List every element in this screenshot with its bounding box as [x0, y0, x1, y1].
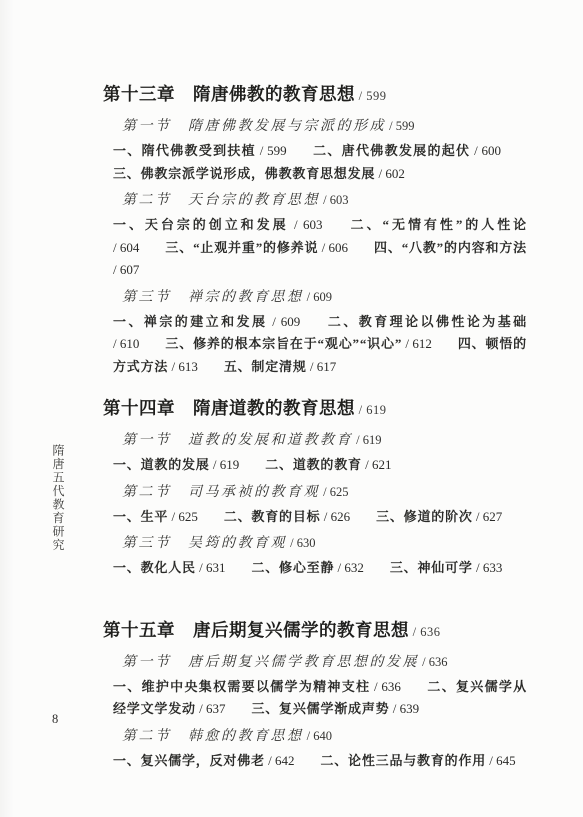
toc-entry: 一、天台宗的创立和发展 / 603: [113, 217, 322, 232]
page-separator: /: [196, 560, 206, 575]
page-ref-number: 610: [120, 336, 140, 351]
chapter-title-text: 第十四章 隋唐道教的教育思想: [103, 398, 355, 418]
page-ref: / 636: [419, 655, 447, 669]
section-title-text: 第三节 禅宗的教育思想: [122, 290, 304, 305]
chapter-title-text: 第十三章 隋唐佛教的教育思想: [103, 84, 355, 104]
chapter-title: 第十四章 隋唐道教的教育思想 / 619: [103, 398, 527, 421]
page-ref: / 606: [318, 240, 348, 255]
entry-label: 三、修道的阶次: [376, 509, 473, 524]
page-separator: /: [402, 336, 412, 351]
page-ref-number: 640: [313, 729, 332, 743]
page-separator: /: [353, 433, 363, 447]
section-title-text: 第二节 天台宗的教育思想: [122, 193, 320, 208]
toc-entry: 二、论性三品与教育的作用 / 645: [320, 753, 515, 768]
page-separator: /: [473, 560, 483, 575]
page-ref: / 642: [265, 753, 295, 768]
page-ref-number: 613: [178, 359, 198, 374]
page-ref-number: 619: [220, 457, 240, 472]
section-items: 一、禅宗的建立和发展 / 609二、教育理论以佛性论为基础 / 610三、修养的…: [103, 311, 527, 379]
page-ref: / 639: [389, 701, 419, 716]
page-ref-number: 630: [297, 536, 316, 550]
page-ref-number: 612: [412, 336, 432, 351]
page-ref: / 604: [113, 240, 139, 255]
entry-label: 三、复兴儒学渐成声势: [251, 701, 389, 716]
toc-entry: 二、道教的教育 / 621: [265, 457, 391, 472]
page-separator: /: [355, 403, 366, 417]
section-title: 第三节 禅宗的教育思想 / 609: [103, 288, 527, 307]
page-ref-number: 636: [381, 679, 401, 694]
book-page: 隋唐五代教育研究 8 第十三章 隋唐佛教的教育思想 / 599第一节 隋唐佛教发…: [0, 0, 583, 817]
section-title: 第一节 隋唐佛教发展与宗派的形成 / 599: [103, 117, 527, 136]
page-separator: /: [113, 262, 120, 277]
page-separator: /: [470, 143, 481, 158]
page-ref-number: 636: [420, 625, 440, 639]
entry-label: 二、论性三品与教育的作用: [320, 753, 486, 768]
chapter: 第十三章 隋唐佛教的教育思想 / 599第一节 隋唐佛教发展与宗派的形成 / 5…: [103, 84, 527, 378]
entry-label: 一、禅宗的建立和发展: [113, 314, 267, 329]
entry-label: 三、神仙可学: [390, 560, 473, 575]
toc-entry: 三、佛教宗派学说形成，佛教教育思想发展 / 602: [113, 166, 405, 181]
section-title: 第一节 道教的发展和道教教育 / 619: [103, 431, 527, 450]
chapter: 第十四章 隋唐道教的教育思想 / 619第一节 道教的发展和道教教育 / 619…: [103, 398, 527, 580]
page-ref: / 613: [168, 359, 198, 374]
toc-entry: 三、修道的阶次 / 627: [376, 509, 502, 524]
section-items: 一、生平 / 625二、教育的目标 / 626三、修道的阶次 / 627: [103, 506, 527, 529]
entry-label: 一、道教的发展: [113, 457, 210, 472]
page-ref-number: 609: [281, 314, 301, 329]
page-ref: / 631: [196, 560, 226, 575]
page-separator: /: [320, 509, 330, 524]
page-ref: / 640: [304, 729, 332, 743]
section-title-text: 第三节 吴筠的教育观: [122, 536, 287, 551]
entry-label: 二、道教的教育: [265, 457, 362, 472]
page-ref-number: 633: [483, 560, 503, 575]
page-ref: / 599: [355, 89, 386, 103]
toc-entry: 五、制定清规 / 617: [224, 359, 336, 374]
page-ref-number: 619: [366, 403, 386, 417]
toc-entry: 三、复兴儒学渐成声势 / 639: [251, 701, 419, 716]
entry-label: 一、天台宗的创立和发展: [113, 217, 289, 232]
page-ref: / 627: [473, 509, 503, 524]
chapter-title: 第十三章 隋唐佛教的教育思想 / 599: [103, 84, 527, 107]
page-separator: /: [289, 217, 303, 232]
spine-title: 隋唐五代教育研究: [50, 444, 67, 552]
page-ref-number: 609: [313, 290, 332, 304]
page-ref: / 619: [355, 403, 386, 417]
section-items: 一、道教的发展 / 619二、道教的教育 / 621: [103, 454, 527, 477]
entry-label: 一、教化人民: [113, 560, 196, 575]
page-ref: / 612: [402, 336, 432, 351]
page-separator: /: [386, 119, 396, 133]
entry-label: 一、生平: [113, 509, 168, 524]
toc-entry: 三、修养的根本宗旨在于“观心”“识心” / 612: [165, 336, 431, 351]
section-title-text: 第一节 唐后期复兴儒学教育思想的发展: [122, 655, 419, 670]
page-ref: / 603: [289, 217, 323, 232]
page-separator: /: [113, 336, 120, 351]
page-separator: /: [267, 314, 280, 329]
toc-entry: 一、复兴儒学，反对佛老 / 642: [113, 753, 294, 768]
page-ref-number: 619: [363, 433, 382, 447]
entry-label: 二、唐代佛教发展的起伏: [313, 143, 471, 158]
page-separator: /: [304, 290, 314, 304]
entry-label: 一、复兴儒学，反对佛老: [113, 753, 265, 768]
page-ref: / 609: [304, 290, 332, 304]
page-separator: /: [334, 560, 344, 575]
section-title: 第二节 韩愈的教育思想 / 640: [103, 727, 527, 746]
page-ref: / 619: [210, 457, 240, 472]
page-ref: / 632: [334, 560, 364, 575]
page-separator: /: [196, 701, 206, 716]
page-ref: / 633: [473, 560, 503, 575]
page-separator: /: [409, 625, 420, 639]
page-separator: /: [389, 701, 399, 716]
toc-entry: 三、“止观并重”的修养说 / 606: [165, 240, 348, 255]
page-ref-number: 632: [344, 560, 364, 575]
entry-label: 三、佛教宗派学说形成，佛教教育思想发展: [113, 166, 375, 181]
page-ref-number: 639: [400, 701, 420, 716]
page-ref: / 645: [486, 753, 516, 768]
page-ref: / 621: [362, 457, 392, 472]
page-separator: /: [320, 485, 330, 499]
page-ref-number: 637: [206, 701, 226, 716]
page-separator: /: [473, 509, 483, 524]
page-ref: / 625: [320, 485, 348, 499]
entry-label: 二、教育的目标: [224, 509, 321, 524]
page-ref-number: 645: [496, 753, 516, 768]
entry-label: 三、修养的根本宗旨在于“观心”“识心”: [165, 336, 402, 351]
chapter: 第十五章 唐后期复兴儒学的教育思想 / 636第一节 唐后期复兴儒学教育思想的发…: [103, 620, 527, 773]
section-title: 第三节 吴筠的教育观 / 630: [103, 534, 527, 553]
page-separator: /: [419, 655, 429, 669]
page-separator: /: [304, 729, 314, 743]
page-ref: / 617: [307, 359, 337, 374]
section-items: 一、天台宗的创立和发展 / 603二、“无情有性”的人性论 / 604三、“止观…: [103, 214, 527, 282]
page-ref-number: 599: [267, 143, 287, 158]
page-ref-number: 617: [317, 359, 337, 374]
page-ref-number: 621: [372, 457, 392, 472]
toc-entry: 一、道教的发展 / 619: [113, 457, 239, 472]
toc-entry: 一、禅宗的建立和发展 / 609: [113, 314, 300, 329]
toc-entry: 一、教化人民 / 631: [113, 560, 225, 575]
page-ref: / 625: [168, 509, 198, 524]
page-ref-number: 631: [206, 560, 226, 575]
page-separator: /: [320, 193, 330, 207]
entry-label: 五、制定清规: [224, 359, 307, 374]
page-ref: / 599: [256, 143, 287, 158]
page-separator: /: [168, 359, 178, 374]
page-separator: /: [307, 359, 317, 374]
page-ref: / 619: [353, 433, 381, 447]
toc-entry: 二、唐代佛教发展的起伏 / 600: [313, 143, 501, 158]
entry-label: 二、教育理论以佛性论为基础: [326, 314, 527, 329]
page-ref-number: 606: [329, 240, 349, 255]
page-separator: /: [318, 240, 328, 255]
section-title: 第二节 司马承祯的教育观 / 625: [103, 483, 527, 502]
page-ref: / 603: [320, 193, 348, 207]
section-title-text: 第一节 道教的发展和道教教育: [122, 433, 353, 448]
entry-label: 二、修心至静: [251, 560, 334, 575]
page-ref-number: 603: [303, 217, 323, 232]
page-ref-number: 625: [330, 485, 349, 499]
page-separator: /: [265, 753, 275, 768]
section-title-text: 第一节 隋唐佛教发展与宗派的形成: [122, 119, 386, 134]
section-title: 第二节 天台宗的教育思想 / 603: [103, 191, 527, 210]
page-ref-number: 604: [120, 240, 140, 255]
section-items: 一、隋代佛教受到扶植 / 599二、唐代佛教发展的起伏 / 600三、佛教宗派学…: [103, 140, 527, 185]
table-of-contents: 第十三章 隋唐佛教的教育思想 / 599第一节 隋唐佛教发展与宗派的形成 / 5…: [103, 84, 527, 778]
page-number: 8: [52, 712, 58, 727]
page-ref: / 610: [113, 336, 139, 351]
page-ref-number: 602: [385, 166, 405, 181]
page-ref-number: 642: [275, 753, 295, 768]
page-separator: /: [113, 240, 120, 255]
toc-entry: 一、隋代佛教受到扶植 / 599: [113, 143, 287, 158]
page-ref: / 636: [409, 625, 440, 639]
page-ref-number: 627: [483, 509, 503, 524]
page-separator: /: [256, 143, 267, 158]
section-items: 一、维护中央集权需要以儒学为精神支柱 / 636二、复兴儒学从经学文学发动 / …: [103, 676, 527, 721]
section-title: 第一节 唐后期复兴儒学教育思想的发展 / 636: [103, 653, 527, 672]
section-items: 一、复兴儒学，反对佛老 / 642二、论性三品与教育的作用 / 645: [103, 750, 527, 773]
page-separator: /: [375, 166, 385, 181]
page-ref: / 607: [113, 262, 139, 277]
page-ref: / 630: [287, 536, 315, 550]
page-ref-number: 603: [330, 193, 349, 207]
page-ref: / 599: [386, 119, 414, 133]
page-ref-number: 607: [120, 262, 140, 277]
page-ref: / 600: [470, 143, 501, 158]
page-separator: /: [168, 509, 178, 524]
toc-entry: 一、维护中央集权需要以儒学为精神支柱 / 636: [113, 679, 401, 694]
page-ref: / 602: [375, 166, 405, 181]
toc-entry: 二、教育的目标 / 626: [224, 509, 350, 524]
page-ref-number: 599: [366, 89, 386, 103]
entry-label: 二、“无情有性”的人性论: [348, 217, 527, 232]
page-separator: /: [287, 536, 297, 550]
entry-label: 一、维护中央集权需要以儒学为精神支柱: [113, 679, 370, 694]
page-separator: /: [355, 89, 366, 103]
page-separator: /: [210, 457, 220, 472]
section-items: 一、教化人民 / 631二、修心至静 / 632三、神仙可学 / 633: [103, 557, 527, 580]
page-ref-number: 600: [481, 143, 501, 158]
entry-label: 四、“八教”的内容和方法: [374, 240, 527, 255]
page-ref-number: 636: [429, 655, 448, 669]
page-ref-number: 626: [331, 509, 351, 524]
toc-entry: 三、神仙可学 / 633: [390, 560, 502, 575]
entry-label: 一、隋代佛教受到扶植: [113, 143, 256, 158]
section-title-text: 第二节 韩愈的教育思想: [122, 729, 304, 744]
page-separator: /: [486, 753, 496, 768]
toc-entry: 一、生平 / 625: [113, 509, 198, 524]
page-ref: / 637: [196, 701, 226, 716]
page-separator: /: [362, 457, 372, 472]
chapter-title: 第十五章 唐后期复兴儒学的教育思想 / 636: [103, 620, 527, 643]
entry-label: 三、“止观并重”的修养说: [165, 240, 318, 255]
chapter-title-text: 第十五章 唐后期复兴儒学的教育思想: [103, 620, 409, 640]
page-separator: /: [370, 679, 381, 694]
page-ref: / 636: [370, 679, 401, 694]
toc-entry: 二、修心至静 / 632: [251, 560, 363, 575]
page-ref-number: 599: [396, 119, 415, 133]
page-ref: / 626: [320, 509, 350, 524]
page-ref: / 609: [267, 314, 300, 329]
section-title-text: 第二节 司马承祯的教育观: [122, 485, 320, 500]
page-ref-number: 625: [178, 509, 198, 524]
